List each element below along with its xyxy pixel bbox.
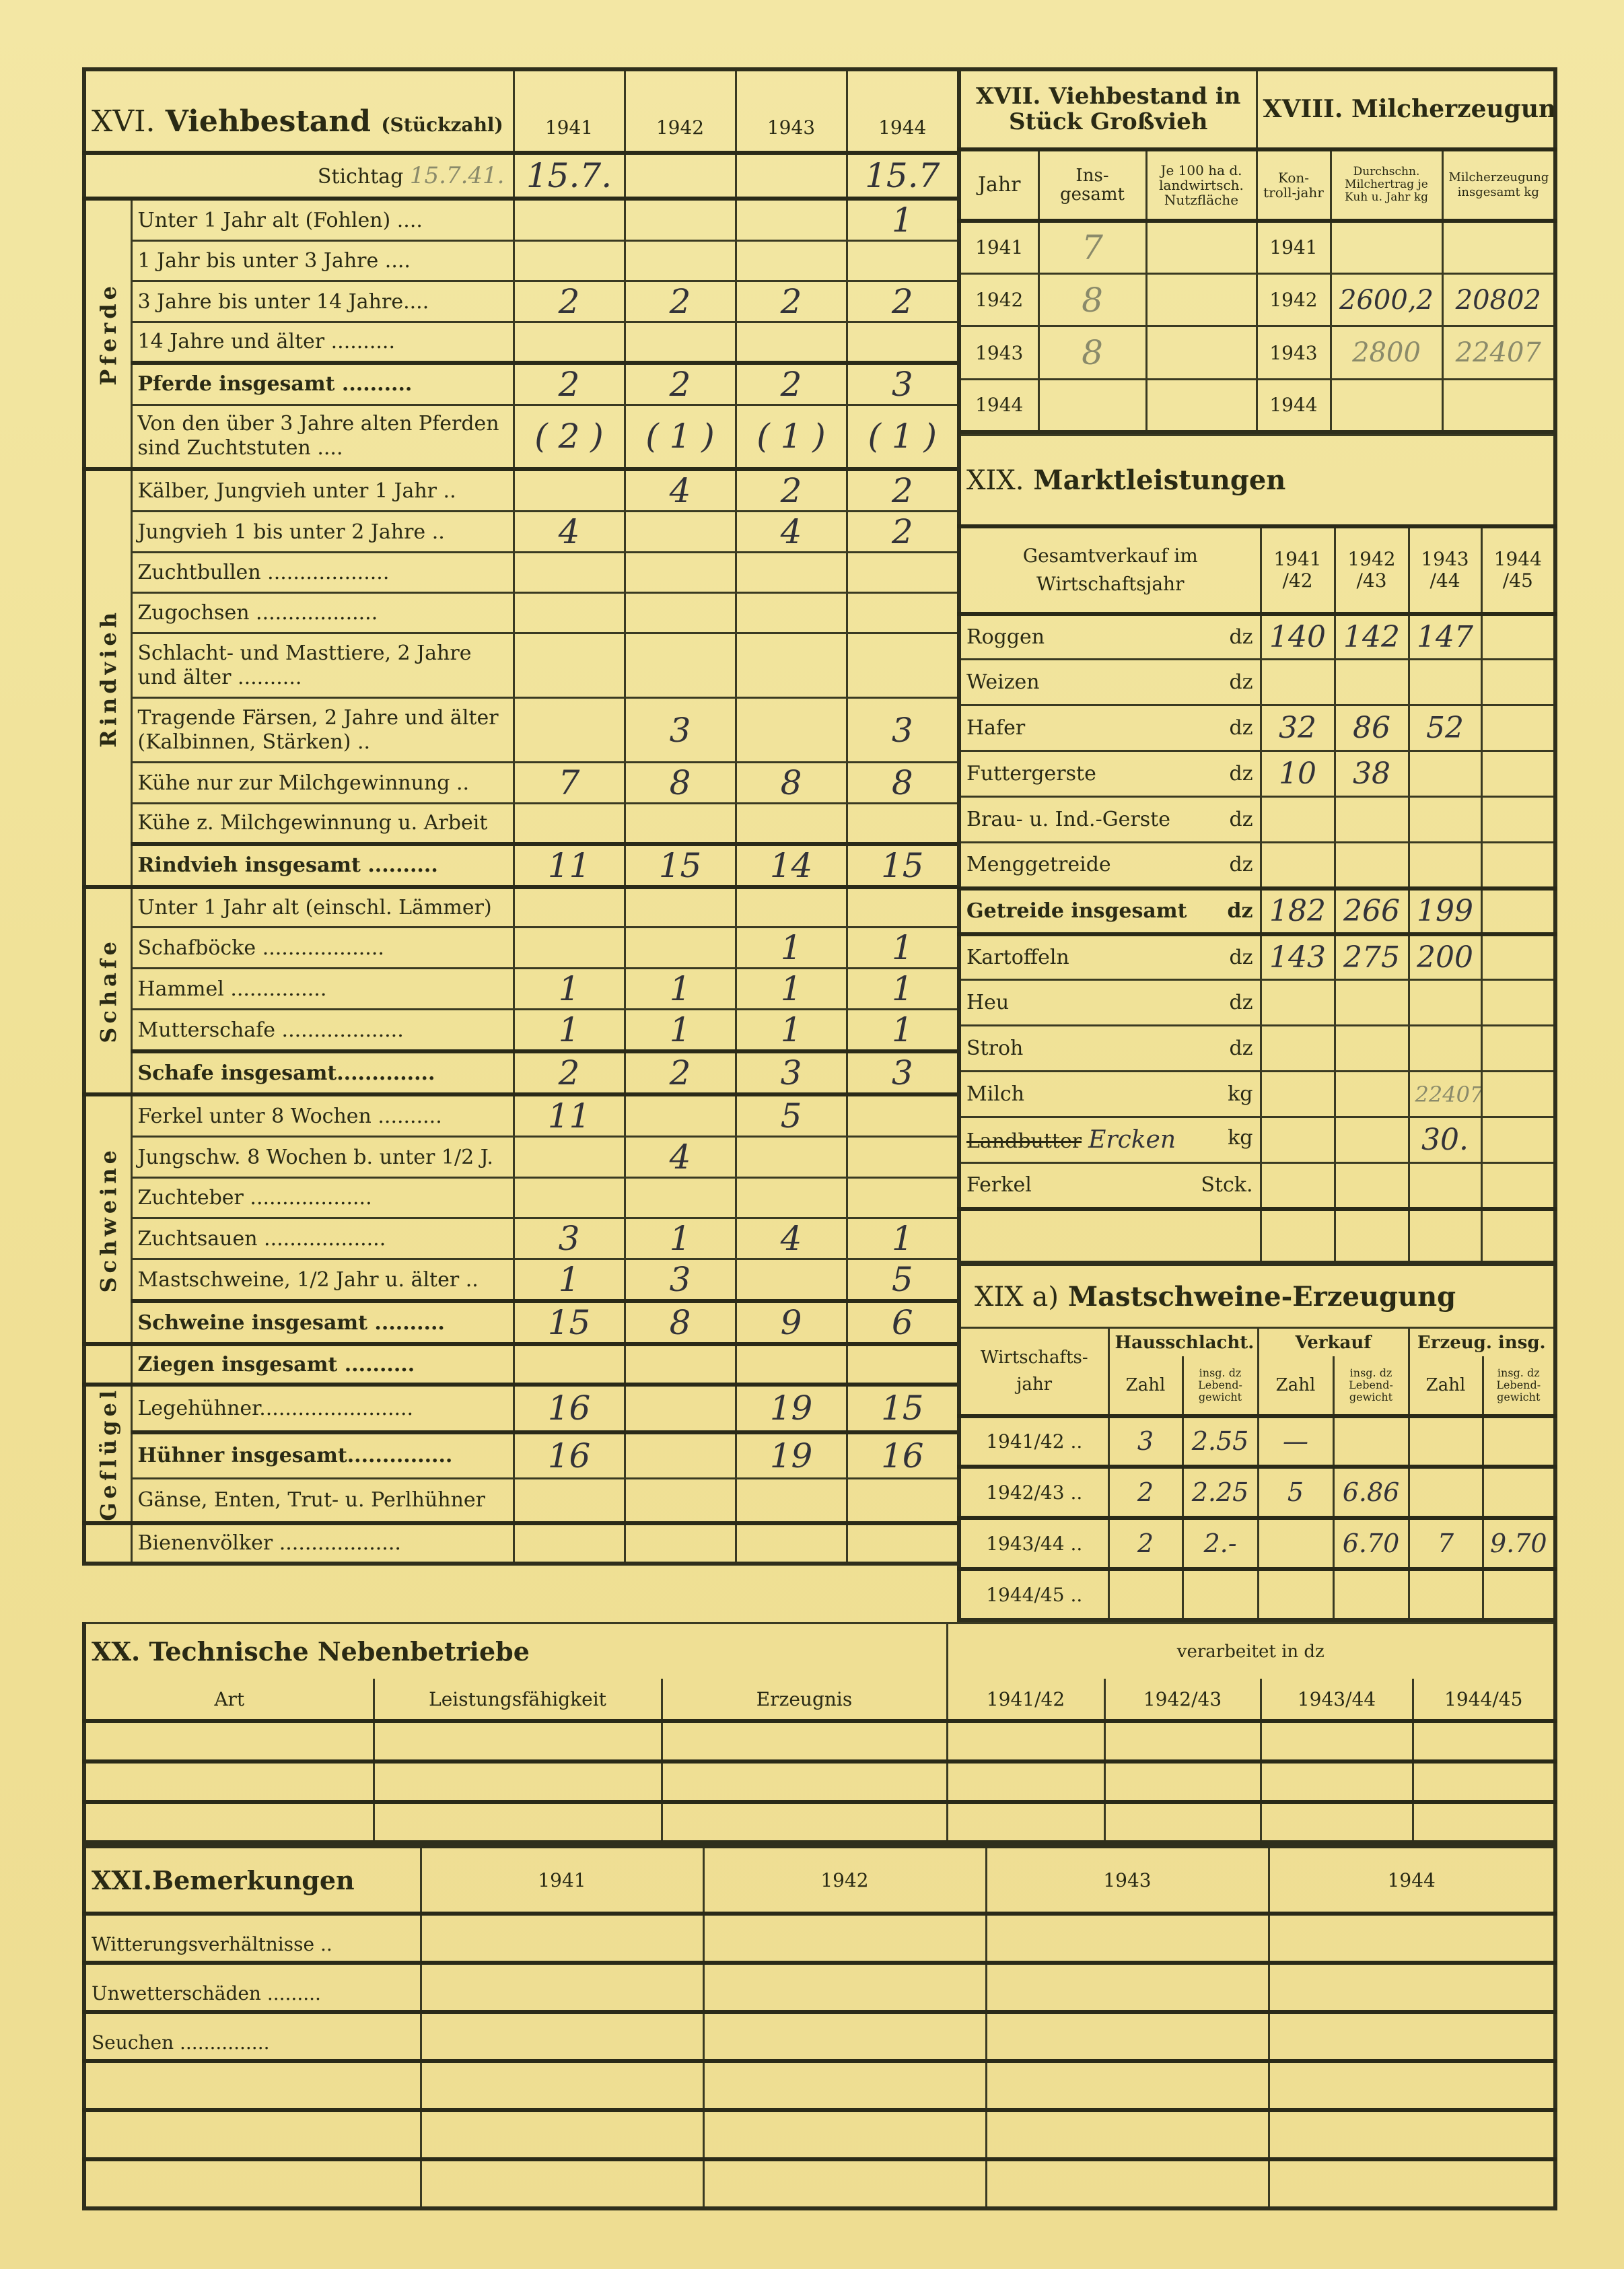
livestock-value (736, 553, 847, 593)
grossvieh-per100 (1146, 379, 1257, 432)
livestock-value: 15 (514, 1301, 625, 1344)
livestock-value (514, 469, 625, 512)
livestock-value: 1 (514, 1010, 625, 1052)
market-value (1261, 843, 1335, 888)
market-value (1481, 1072, 1555, 1117)
market-row: Getreide insgesamtdz182266199 (959, 888, 1555, 934)
livestock-value: 19 (736, 1385, 847, 1432)
technical-cell[interactable] (662, 1721, 947, 1761)
livestock-value: 8 (625, 763, 736, 804)
remarks-cell[interactable] (703, 2061, 986, 2110)
livestock-value (514, 199, 625, 241)
section-xvii-title: XVII. Viehbestand in Stück Großvieh (959, 69, 1257, 149)
fattening-value (1409, 1467, 1483, 1518)
livestock-value (514, 887, 625, 928)
livestock-row: Mastschweine, 1/2 Jahr u. älter ..135 (84, 1259, 959, 1302)
market-value: 142 (1335, 614, 1409, 660)
section-xix-market: XIX. Marktleistungen Gesamtverkauf im Wi… (957, 434, 1553, 1262)
livestock-value (847, 804, 959, 844)
livestock-value (625, 928, 736, 969)
technical-cell[interactable] (947, 1761, 1104, 1802)
livestock-row: 1 Jahr bis unter 3 Jahre .... (84, 241, 959, 281)
livestock-value: 2 (847, 281, 959, 322)
fattening-value (1108, 1569, 1182, 1620)
section-xvi-title: XVI. Viehbestand (Stückzahl) (84, 69, 514, 153)
fattening-value (1483, 1416, 1555, 1467)
grossvieh-per100 (1146, 326, 1257, 380)
livestock-row: Schafe insgesamt..............2233 (84, 1051, 959, 1094)
fattening-value (1333, 1569, 1409, 1620)
remarks-row-label (84, 2061, 421, 2110)
livestock-row: Hühner insgesamt...............161916 (84, 1432, 959, 1479)
livestock-value: 16 (514, 1385, 625, 1432)
stichtag-label: Stichtag 15.7.41. (84, 153, 514, 199)
row-label: Kühe nur zur Milchgewinnung .. (131, 763, 514, 804)
market-row-label: Brau- u. Ind.-Gerstedz (959, 797, 1261, 843)
technical-cell[interactable] (1104, 1761, 1261, 1802)
remarks-cell[interactable] (421, 1914, 703, 1963)
remarks-cell[interactable] (1269, 2061, 1555, 2110)
fattening-value: 6.86 (1333, 1467, 1409, 1518)
technical-row (84, 1761, 1555, 1802)
livestock-value (625, 633, 736, 698)
market-row-label: LandbutterErckenkg (959, 1117, 1261, 1163)
livestock-value: 4 (625, 1137, 736, 1178)
group-label (84, 1523, 131, 1564)
livestock-value: 2 (847, 469, 959, 512)
market-value (1481, 843, 1555, 888)
livestock-row: Kühe nur zur Milchgewinnung ..7888 (84, 763, 959, 804)
market-value (1335, 1209, 1409, 1263)
remarks-cell[interactable] (703, 1914, 986, 1963)
remarks-row (84, 2110, 1555, 2159)
fattening-row: 1943/44 ..22.-6.7079.70 (959, 1518, 1555, 1569)
market-row: Kartoffelndz143275200 (959, 934, 1555, 980)
remarks-cell[interactable] (703, 2110, 986, 2159)
group-label: Geflügel (84, 1385, 131, 1523)
milk-avg (1331, 379, 1442, 432)
section-xix-title: XIX. Marktleistungen (959, 435, 1555, 526)
livestock-value (514, 1523, 625, 1564)
row-label: Zuchteber ................... (131, 1178, 514, 1218)
section-xxi-remarks: XXI.Bemerkungen1941194219431944 Witterun… (82, 1844, 1553, 2208)
group-label (84, 1344, 131, 1385)
remarks-cell[interactable] (986, 2110, 1269, 2159)
market-row: Weizendz (959, 660, 1555, 705)
livestock-value (736, 199, 847, 241)
livestock-row: Hammel ...............1111 (84, 969, 959, 1010)
market-value (1409, 660, 1481, 705)
market-row: Brau- u. Ind.-Gerstedz (959, 797, 1555, 843)
livestock-value (847, 593, 959, 633)
livestock-value: 1 (847, 1218, 959, 1259)
livestock-row: PferdeUnter 1 Jahr alt (Fohlen) ....1 (84, 199, 959, 241)
livestock-row: RindviehKälber, Jungvieh unter 1 Jahr ..… (84, 469, 959, 512)
market-row (959, 1209, 1555, 1263)
technical-header: 1944/45 (1413, 1679, 1555, 1720)
remarks-year-header: 1943 (986, 1846, 1269, 1914)
livestock-value: 2 (625, 363, 736, 405)
grossvieh-per100 (1146, 221, 1257, 274)
livestock-value (514, 1178, 625, 1218)
remarks-cell[interactable] (421, 2110, 703, 2159)
fattening-value (1258, 1569, 1333, 1620)
livestock-value (514, 633, 625, 698)
remarks-cell[interactable] (1269, 2159, 1555, 2208)
remarks-cell[interactable] (703, 1963, 986, 2012)
row-label: Ferkel unter 8 Wochen .......... (131, 1094, 514, 1137)
milk-total (1442, 379, 1555, 432)
grossvieh-milk-row: 1942819422600,220802 (959, 273, 1555, 326)
row-label: Ziegen insgesamt .......... (131, 1344, 514, 1385)
livestock-value: ( 1 ) (847, 405, 959, 469)
row-label: Schweine insgesamt .......... (131, 1301, 514, 1344)
group-label: Rindvieh (84, 469, 131, 887)
year-header: 1944 (847, 69, 959, 153)
livestock-value (625, 199, 736, 241)
fattening-value: 3 (1108, 1416, 1182, 1467)
market-value (1481, 1117, 1555, 1163)
market-value (1261, 1209, 1335, 1263)
technical-cell[interactable] (947, 1802, 1104, 1842)
market-value: 147 (1409, 614, 1481, 660)
livestock-value (625, 1479, 736, 1523)
technical-cell[interactable] (1413, 1802, 1555, 1842)
stichtag-date: 15.7.41. (410, 162, 505, 189)
livestock-value: ( 1 ) (625, 405, 736, 469)
livestock-value: 1 (514, 969, 625, 1010)
technical-cell[interactable] (1413, 1721, 1555, 1761)
market-row-label: FerkelStck. (959, 1163, 1261, 1209)
livestock-value (847, 322, 959, 363)
market-value: 22407 (1409, 1072, 1481, 1117)
livestock-value (847, 633, 959, 698)
market-value: 275 (1335, 934, 1409, 980)
technical-cell[interactable] (662, 1761, 947, 1802)
remarks-cell[interactable] (703, 2159, 986, 2208)
market-value (1481, 980, 1555, 1026)
technical-header: Art (84, 1679, 374, 1720)
row-label: Bienenvölker ................... (131, 1523, 514, 1564)
remarks-cell[interactable] (1269, 1963, 1555, 2012)
livestock-table: XVI. Viehbestand (Stückzahl) 1941 1942 1… (82, 67, 961, 1566)
market-value: 200 (1409, 934, 1481, 980)
fattening-value: 2 (1108, 1467, 1182, 1518)
livestock-value: 1 (736, 928, 847, 969)
livestock-value (625, 322, 736, 363)
remarks-cell[interactable] (1269, 2012, 1555, 2061)
row-label: Jungschw. 8 Wochen b. unter 1/2 J. (131, 1137, 514, 1178)
remarks-cell[interactable] (703, 2012, 986, 2061)
remarks-table: XXI.Bemerkungen1941194219431944 Witterun… (82, 1844, 1557, 2210)
livestock-value: 3 (625, 698, 736, 763)
row-label: Schafe insgesamt.............. (131, 1051, 514, 1094)
row-label: 1 Jahr bis unter 3 Jahre .... (131, 241, 514, 281)
market-value (1335, 1163, 1409, 1209)
livestock-value: 1 (847, 928, 959, 969)
section-xx-technical: XX. Technische Nebenbetriebe verarbeitet… (82, 1622, 1553, 1844)
livestock-value: 8 (625, 1301, 736, 1344)
livestock-value (847, 241, 959, 281)
livestock-value: ( 2 ) (514, 405, 625, 469)
livestock-row: Ziegen insgesamt .......... (84, 1344, 959, 1385)
market-value: 10 (1261, 751, 1335, 797)
technical-header: 1941/42 (947, 1679, 1104, 1720)
livestock-value (514, 322, 625, 363)
stichtag-value: 15.7 (847, 153, 959, 199)
livestock-value (736, 1479, 847, 1523)
market-value: 52 (1409, 705, 1481, 751)
livestock-row: Gänse, Enten, Trut- u. Perlhühner (84, 1479, 959, 1523)
technical-cell[interactable] (374, 1761, 662, 1802)
livestock-value (847, 1523, 959, 1564)
market-value (1409, 797, 1481, 843)
market-value (1335, 660, 1409, 705)
technical-header: 1943/44 (1261, 1679, 1413, 1720)
technical-cell[interactable] (374, 1802, 662, 1842)
livestock-row: Kühe z. Milchgewinnung u. Arbeit (84, 804, 959, 844)
livestock-value (847, 553, 959, 593)
remarks-cell[interactable] (986, 2159, 1269, 2208)
market-value (1261, 1163, 1335, 1209)
market-value (1409, 1163, 1481, 1209)
market-row-label (959, 1209, 1261, 1263)
year-header: 1942 (625, 69, 736, 153)
row-label: Zuchtbullen ................... (131, 553, 514, 593)
technical-cell[interactable] (374, 1721, 662, 1761)
livestock-row: Zuchtsauen ...................3141 (84, 1218, 959, 1259)
livestock-value: 3 (625, 1259, 736, 1302)
market-value (1261, 1026, 1335, 1072)
technical-cell[interactable] (1104, 1802, 1261, 1842)
remarks-cell[interactable] (421, 2012, 703, 2061)
livestock-row: 3 Jahre bis unter 14 Jahre....2222 (84, 281, 959, 322)
livestock-value: 3 (514, 1218, 625, 1259)
market-row-label: Getreide insgesamtdz (959, 888, 1261, 934)
fattening-value (1409, 1416, 1483, 1467)
technical-cell[interactable] (662, 1802, 947, 1842)
row-label: Unter 1 Jahr alt (Fohlen) .... (131, 199, 514, 241)
remarks-cell[interactable] (421, 2159, 703, 2208)
row-label: Tragende Färsen, 2 Jahre und älter (Kalb… (131, 698, 514, 763)
market-row: Strohdz (959, 1026, 1555, 1072)
remarks-cell[interactable] (986, 1914, 1269, 1963)
livestock-value: 2 (514, 1051, 625, 1094)
row-label: Legehühner........................ (131, 1385, 514, 1432)
market-value: 266 (1335, 888, 1409, 934)
livestock-value: 8 (736, 763, 847, 804)
livestock-value: 3 (847, 363, 959, 405)
technical-cell[interactable] (84, 1761, 374, 1802)
livestock-value (736, 1344, 847, 1385)
livestock-value: 15 (847, 844, 959, 887)
remarks-year-header: 1944 (1269, 1846, 1555, 1914)
remarks-cell[interactable] (986, 2061, 1269, 2110)
grossvieh-total: 8 (1038, 273, 1146, 326)
market-value (1409, 1209, 1481, 1263)
section-xvii-xviii: XVII. Viehbestand in Stück Großvieh XVII… (957, 67, 1553, 434)
livestock-value (625, 553, 736, 593)
row-label: Zuchtsauen ................... (131, 1218, 514, 1259)
market-value: 86 (1335, 705, 1409, 751)
livestock-value (625, 512, 736, 553)
livestock-row: Schafböcke ...................11 (84, 928, 959, 969)
livestock-value (736, 1259, 847, 1302)
remarks-cell[interactable] (986, 2012, 1269, 2061)
livestock-value: 16 (514, 1432, 625, 1479)
livestock-row: Jungvieh 1 bis unter 2 Jahre ..442 (84, 512, 959, 553)
market-row: Haferdz328652 (959, 705, 1555, 751)
market-value (1335, 1072, 1409, 1117)
remarks-row (84, 2061, 1555, 2110)
market-value (1335, 1117, 1409, 1163)
livestock-row: Mutterschafe ...................1111 (84, 1010, 959, 1052)
fattening-pigs-table: XIX a) Mastschweine-Erzeugung Wirtschaft… (957, 1262, 1557, 1622)
livestock-value: 1 (625, 969, 736, 1010)
section-xviii-title: XVIII. Milcherzeugung (1257, 69, 1555, 149)
livestock-row: Bienenvölker ................... (84, 1523, 959, 1564)
market-row-label: Strohdz (959, 1026, 1261, 1072)
market-value (1481, 797, 1555, 843)
market-value (1261, 797, 1335, 843)
livestock-value: 2 (736, 469, 847, 512)
market-value (1409, 843, 1481, 888)
livestock-value: 2 (736, 363, 847, 405)
livestock-value (847, 1479, 959, 1523)
remarks-cell[interactable] (1269, 2110, 1555, 2159)
form-page: XVI. Viehbestand (Stückzahl) 1941 1942 1… (0, 0, 1624, 2269)
livestock-value (625, 804, 736, 844)
livestock-value (847, 887, 959, 928)
row-label: Unter 1 Jahr alt (einschl. Lämmer) (131, 887, 514, 928)
market-row: Milchkg22407 (959, 1072, 1555, 1117)
technical-cell[interactable] (84, 1802, 374, 1842)
fattening-value (1409, 1569, 1483, 1620)
market-value (1335, 1026, 1409, 1072)
remarks-cell[interactable] (421, 1963, 703, 2012)
fattening-value: 2.- (1182, 1518, 1258, 1569)
livestock-value (514, 593, 625, 633)
livestock-value (514, 804, 625, 844)
livestock-value (625, 1385, 736, 1432)
section-xxi-title: XXI.Bemerkungen (84, 1846, 421, 1914)
technical-cell[interactable] (1413, 1761, 1555, 1802)
fattening-value (1483, 1467, 1555, 1518)
livestock-value: 4 (736, 512, 847, 553)
livestock-value: 5 (736, 1094, 847, 1137)
row-label: Kühe z. Milchgewinnung u. Arbeit (131, 804, 514, 844)
market-value: 199 (1409, 888, 1481, 934)
market-row-label: Kartoffelndz (959, 934, 1261, 980)
remarks-row-label: Witterungsverhältnisse .. (84, 1914, 421, 1963)
market-value (1335, 843, 1409, 888)
fattening-value: 2 (1108, 1518, 1182, 1569)
livestock-value: 3 (736, 1051, 847, 1094)
market-value (1481, 614, 1555, 660)
fattening-value (1182, 1569, 1258, 1620)
row-label: Rindvieh insgesamt .......... (131, 844, 514, 887)
technical-cell[interactable] (84, 1721, 374, 1761)
livestock-value (736, 633, 847, 698)
technical-cell[interactable] (947, 1721, 1104, 1761)
livestock-value: 6 (847, 1301, 959, 1344)
remarks-row-label (84, 2159, 421, 2208)
market-value (1261, 1117, 1335, 1163)
remarks-cell[interactable] (986, 1963, 1269, 2012)
market-value (1481, 751, 1555, 797)
remarks-cell[interactable] (1269, 1914, 1555, 1963)
livestock-value (847, 1137, 959, 1178)
market-row: Roggendz140142147 (959, 614, 1555, 660)
livestock-value (847, 1094, 959, 1137)
technical-header: Leistungsfähigkeit (374, 1679, 662, 1720)
market-row: Heudz (959, 980, 1555, 1026)
livestock-row: Rindvieh insgesamt ..........11151415 (84, 844, 959, 887)
section-xixa-title: XIX a) Mastschweine-Erzeugung (959, 1264, 1555, 1328)
market-row-label: Haferdz (959, 705, 1261, 751)
livestock-value (514, 1344, 625, 1385)
technical-header: 1942/43 (1104, 1679, 1261, 1720)
fattening-row: 1944/45 .. (959, 1569, 1555, 1620)
livestock-value: 15 (625, 844, 736, 887)
stichtag-value (625, 153, 736, 199)
row-label: Kälber, Jungvieh unter 1 Jahr .. (131, 469, 514, 512)
livestock-row: 14 Jahre und älter .......... (84, 322, 959, 363)
livestock-value: 9 (736, 1301, 847, 1344)
livestock-value (736, 241, 847, 281)
livestock-value: 1 (625, 1010, 736, 1052)
livestock-value (514, 241, 625, 281)
technical-cell[interactable] (1261, 1761, 1413, 1802)
row-label: Mutterschafe ................... (131, 1010, 514, 1052)
technical-cell[interactable] (1261, 1802, 1413, 1842)
livestock-value (736, 593, 847, 633)
remarks-row-label: Seuchen ............... (84, 2012, 421, 2061)
market-row: Menggetreidedz (959, 843, 1555, 888)
livestock-value (625, 1344, 736, 1385)
market-value: 30. (1409, 1117, 1481, 1163)
remarks-cell[interactable] (421, 2061, 703, 2110)
technical-cell[interactable] (1261, 1721, 1413, 1761)
row-label: Jungvieh 1 bis unter 2 Jahre .. (131, 512, 514, 553)
market-value: 38 (1335, 751, 1409, 797)
grossvieh-total: 8 (1038, 326, 1146, 380)
market-value: 140 (1261, 614, 1335, 660)
livestock-value (625, 1523, 736, 1564)
milk-avg: 2600,2 (1331, 273, 1442, 326)
remarks-year-header: 1941 (421, 1846, 703, 1914)
technical-cell[interactable] (1104, 1721, 1261, 1761)
livestock-value: 3 (847, 1051, 959, 1094)
market-value (1261, 660, 1335, 705)
remarks-row-label: Unwetterschäden ......... (84, 1963, 421, 2012)
market-value (1261, 980, 1335, 1026)
market-value (1335, 980, 1409, 1026)
row-label: Hühner insgesamt............... (131, 1432, 514, 1479)
market-table: XIX. Marktleistungen Gesamtverkauf im Wi… (957, 434, 1557, 1265)
market-value (1481, 705, 1555, 751)
milk-total: 22407 (1442, 326, 1555, 380)
row-label: Schlacht- und Masttiere, 2 Jahre und ält… (131, 633, 514, 698)
livestock-row: Tragende Färsen, 2 Jahre und älter (Kalb… (84, 698, 959, 763)
livestock-value (736, 804, 847, 844)
technical-row (84, 1802, 1555, 1842)
row-label: 14 Jahre und älter .......... (131, 322, 514, 363)
fattening-value: 9.70 (1483, 1518, 1555, 1569)
fattening-value: 6.70 (1333, 1518, 1409, 1569)
market-value (1481, 1209, 1555, 1263)
market-value: 143 (1261, 934, 1335, 980)
